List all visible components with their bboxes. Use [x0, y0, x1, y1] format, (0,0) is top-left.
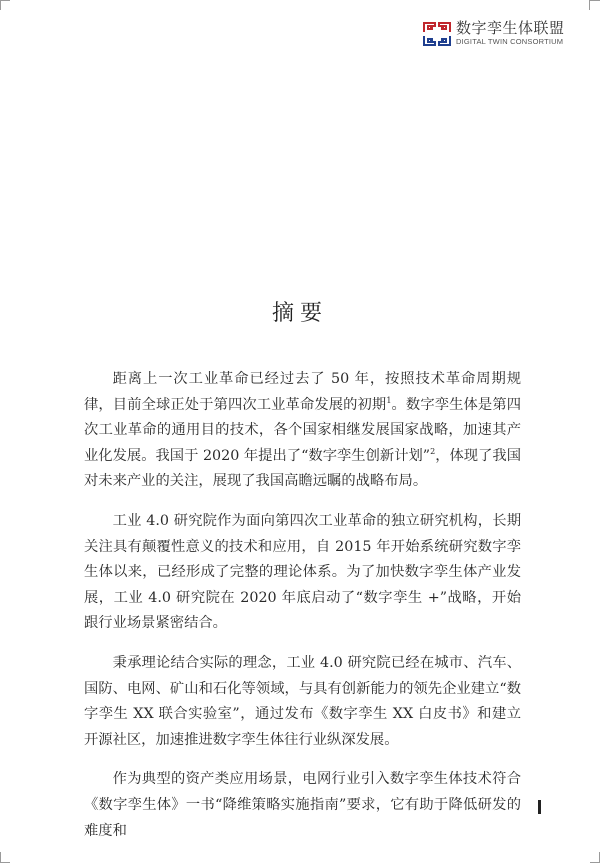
paragraph-1: 距离上一次工业革命已经过去了 50 年，按照技术革命周期规律，目前全球正处于第四…	[84, 367, 521, 495]
abstract-body: 距离上一次工业革命已经过去了 50 年，按照技术革命周期规律，目前全球正处于第四…	[84, 367, 521, 858]
crop-mark-top-right-v	[589, 0, 590, 10]
crop-mark-top-right-h	[590, 0, 600, 1]
consortium-logo: 数字孪生体联盟 DIGITAL TWIN CONSORTIUM	[423, 20, 565, 47]
page-title: 摘要	[0, 296, 600, 327]
page-number: I	[538, 800, 541, 814]
logo-bottom-glyph-icon	[423, 35, 451, 47]
crop-mark-top-left-h	[0, 0, 10, 1]
paragraph-2: 工业 4.0 研究院作为面向第四次工业革命的独立研究机构，长期关注具有颠覆性意义…	[84, 509, 521, 637]
paragraph-3: 秉承理论结合实际的理念，工业 4.0 研究院已经在城市、汽车、国防、电网、矿山和…	[84, 651, 521, 753]
crop-mark-top-left-v	[0, 0, 1, 10]
logo-mark-icon	[423, 21, 451, 47]
logo-top-glyph-icon	[423, 21, 451, 33]
paragraph-4: 作为典型的资产类应用场景，电网行业引入数字孪生体技术符合《数字孪生体》一书“降维…	[84, 767, 521, 844]
crop-mark-bottom-left-v	[0, 852, 1, 862]
logo-chinese-name: 数字孪生体联盟	[456, 20, 565, 37]
logo-english-name: DIGITAL TWIN CONSORTIUM	[456, 37, 565, 47]
